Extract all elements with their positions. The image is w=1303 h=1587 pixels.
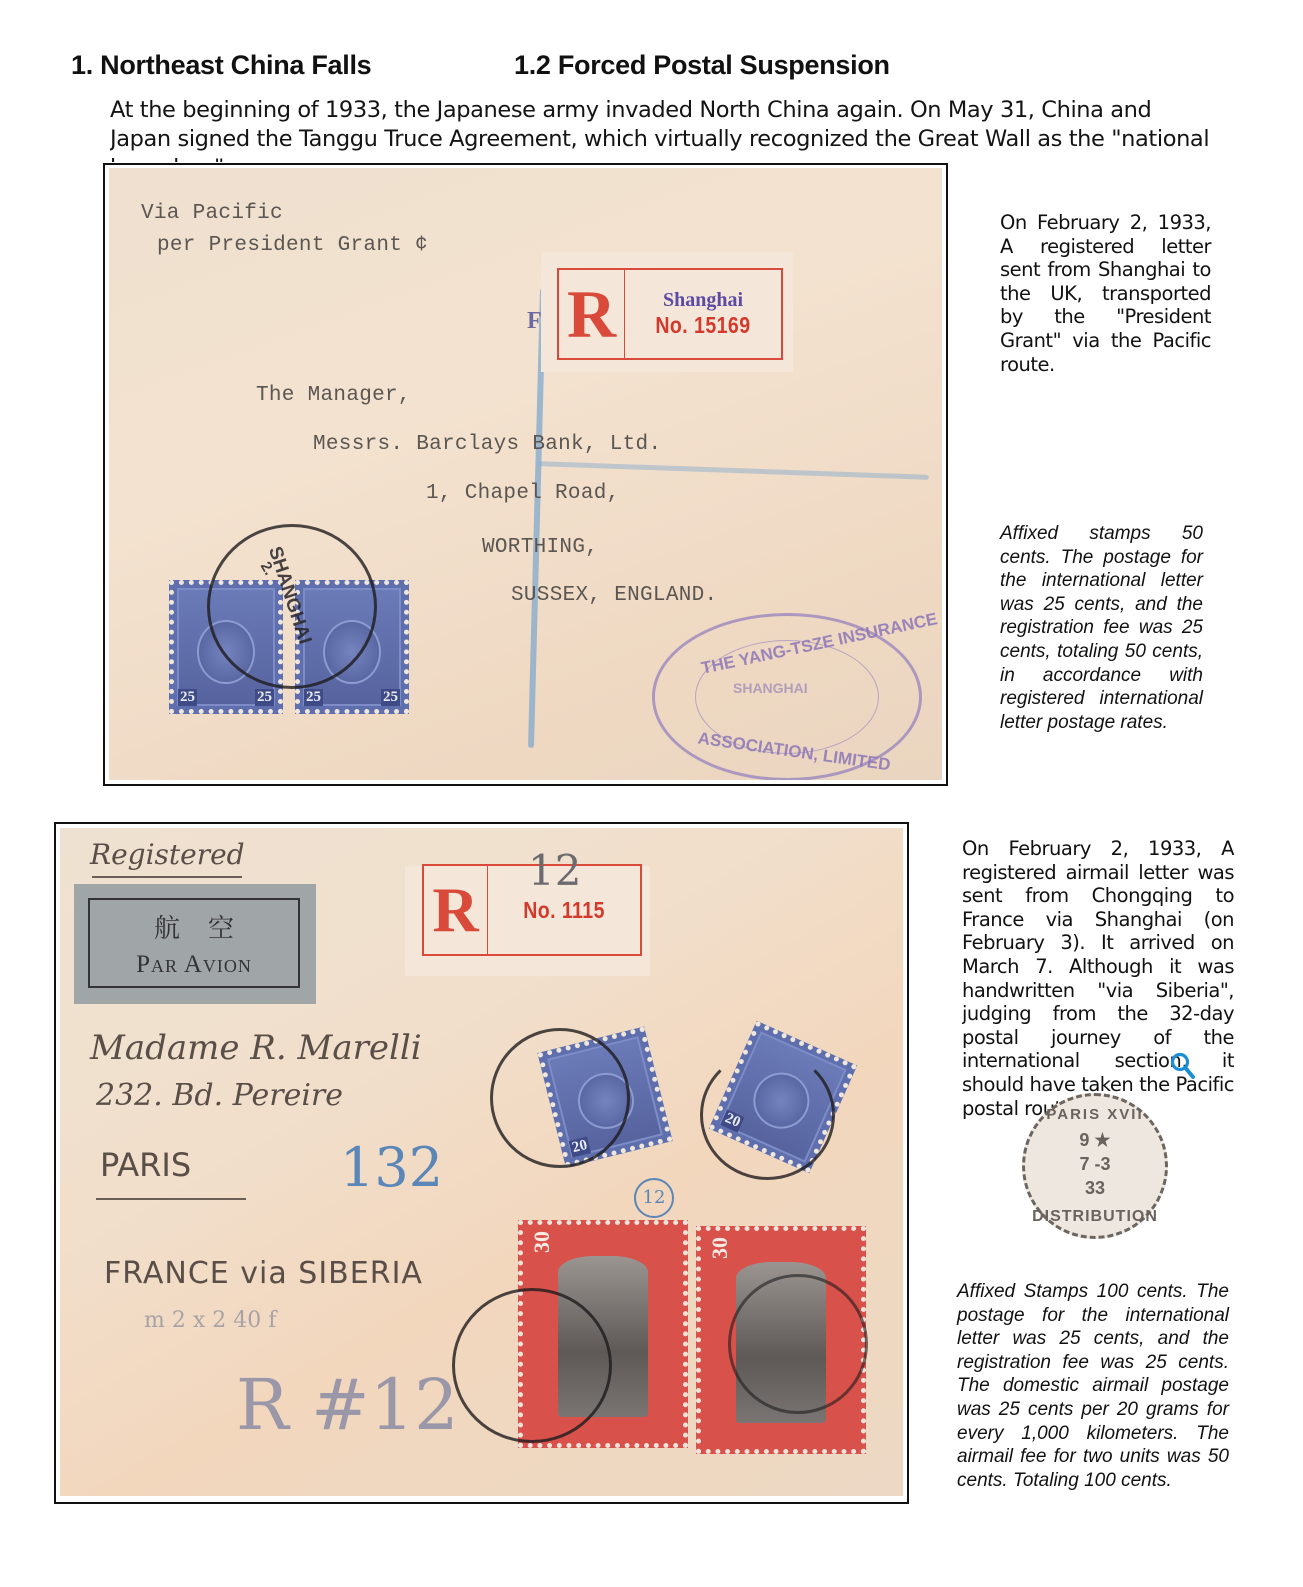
insurance-cachet: THE YANG-TSZE INSURANCE SHANGHAI ASSOCIA… bbox=[652, 613, 922, 780]
pencil-note: m 2 x 2 40 f bbox=[144, 1308, 276, 1333]
registration-handwritten-number: 12 bbox=[528, 846, 581, 895]
registration-number: No. 15169 bbox=[655, 312, 750, 339]
airmail-french: Par Avion bbox=[136, 951, 252, 979]
cover-2-description: On February 2, 1933, A registered airmai… bbox=[962, 837, 1234, 1123]
blue-number-note: 132 bbox=[340, 1136, 443, 1199]
registered-handwriting: Registered bbox=[90, 838, 245, 871]
cover-2-envelope-image: Registered 航空 Par Avion R No. 1115 12 Ma… bbox=[60, 828, 903, 1496]
cover-1-frame: Via Pacific per President Grant ¢ F R Sh… bbox=[103, 163, 948, 786]
address-line: The Manager, bbox=[256, 384, 411, 407]
cover-1-description: On February 2, 1933, A registered letter… bbox=[1000, 211, 1211, 376]
address-line: WORTHING, bbox=[482, 536, 598, 559]
postmark bbox=[452, 1288, 612, 1443]
underline bbox=[92, 876, 242, 878]
section-heading: 1. Northeast China Falls bbox=[71, 50, 371, 81]
address-line: SUSSEX, ENGLAND. bbox=[511, 584, 717, 607]
address-line: 1, Chapel Road, bbox=[426, 482, 620, 505]
reference-note: R #12 bbox=[236, 1364, 459, 1446]
address-line: Messrs. Barclays Bank, Ltd. bbox=[313, 433, 661, 456]
blue-crayon-line-horizontal bbox=[539, 461, 929, 480]
registration-r: R bbox=[424, 866, 488, 954]
airmail-chinese: 航空 bbox=[126, 908, 262, 945]
registration-number: No. 1115 bbox=[523, 897, 605, 924]
subsection-heading: 1.2 Forced Postal Suspension bbox=[514, 50, 890, 81]
postmark bbox=[728, 1274, 868, 1414]
cover-1-envelope-image: Via Pacific per President Grant ¢ F R Sh… bbox=[109, 168, 942, 780]
routing-line-1: Via Pacific bbox=[141, 202, 283, 225]
magnifier-icon[interactable] bbox=[1170, 1052, 1196, 1080]
paris-arrival-postmark: PARIS XVII 9 ★ 7 -3 33 DISTRIBUTION bbox=[1022, 1093, 1168, 1239]
postmark bbox=[700, 1050, 835, 1180]
cover-2-postage-note: Affixed Stamps 100 cents. The postage fo… bbox=[957, 1280, 1229, 1492]
registration-city: Shanghai bbox=[663, 289, 743, 312]
underline bbox=[96, 1198, 246, 1200]
f-mark: F bbox=[527, 308, 542, 335]
cover-1-postage-note: Affixed stamps 50 cents. The postage for… bbox=[1000, 522, 1203, 734]
recipient-street: 232. Bd. Pereire bbox=[96, 1078, 343, 1113]
route-note: FRANCE via SIBERIA bbox=[104, 1256, 423, 1291]
chongqing-postmark bbox=[490, 1028, 630, 1168]
recipient-city: PARIS bbox=[100, 1146, 191, 1184]
registration-r: R bbox=[559, 270, 625, 358]
recipient-name: Madame R. Marelli bbox=[90, 1028, 422, 1068]
par-avion-label: 航空 Par Avion bbox=[74, 884, 316, 1004]
cover-2-frame: Registered 航空 Par Avion R No. 1115 12 Ma… bbox=[54, 822, 909, 1504]
circled-note: 12 bbox=[634, 1178, 674, 1218]
registration-label: R Shanghai No. 15169 bbox=[557, 268, 783, 360]
intro-paragraph: At the beginning of 1933, the Japanese a… bbox=[110, 96, 1210, 162]
routing-line-2: per President Grant ¢ bbox=[157, 234, 428, 257]
